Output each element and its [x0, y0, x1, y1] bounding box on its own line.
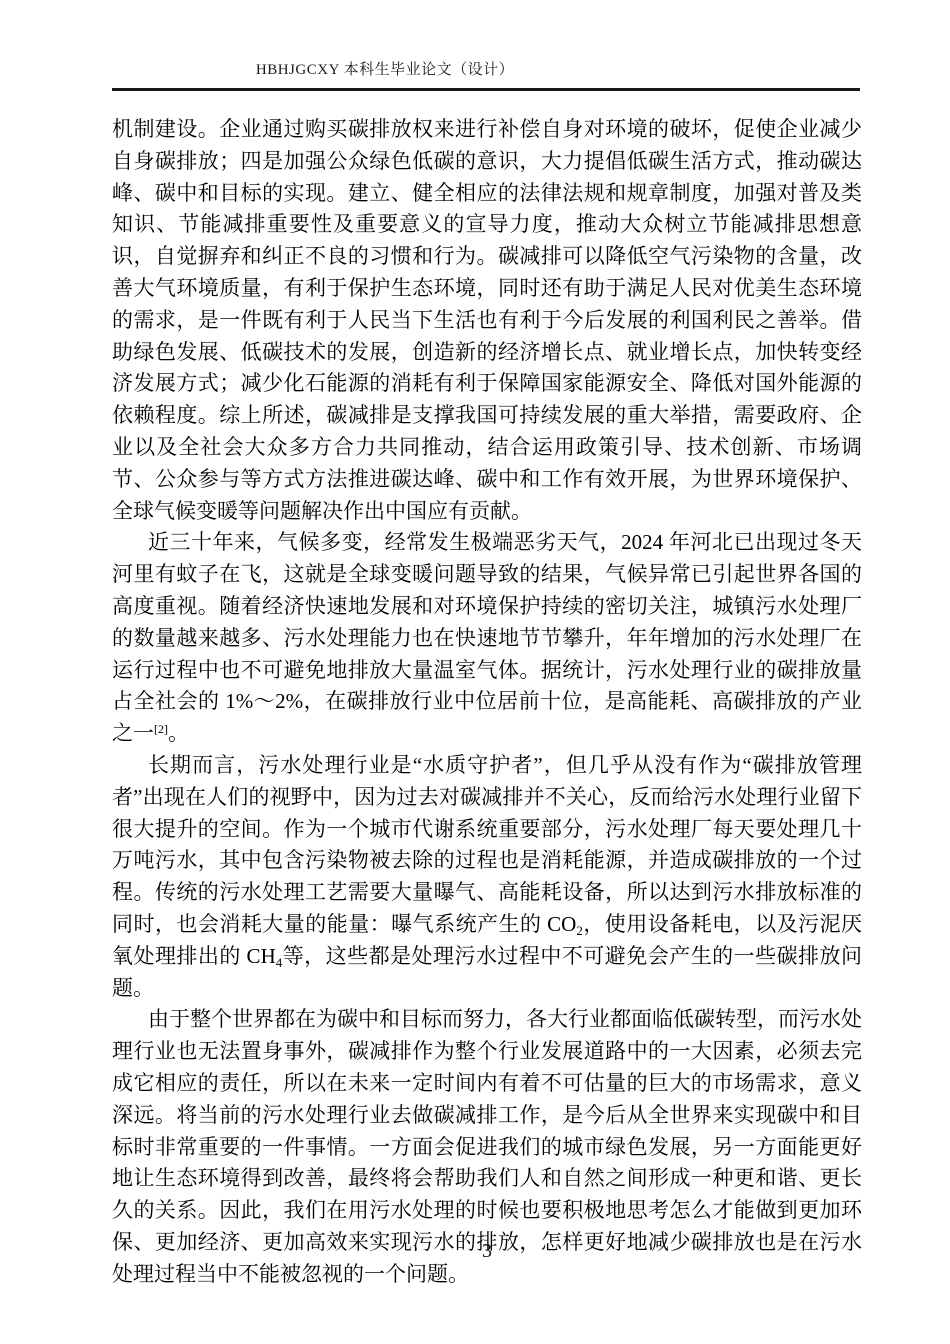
page-number: 3	[482, 1238, 492, 1264]
page-header: HBHJGCXY 本科生毕业论文（设计）	[0, 0, 950, 92]
paragraph: 机制建设。企业通过购买碳排放权来进行补偿自身对环境的破坏，促使企业减少自身碳排放…	[112, 114, 862, 527]
text-run: 机制建设。企业通过购买碳排放权来进行补偿自身对环境的破坏，促使企业减少自身碳排放…	[112, 117, 862, 523]
running-header-title: HBHJGCXY 本科生毕业论文（设计）	[256, 61, 514, 79]
text-run: 。	[168, 721, 189, 745]
text-run: 近三十年来，气候多变，经常发生极端恶劣天气，2024 年河北已出现过冬天河里有蚊…	[112, 530, 862, 745]
document-page: HBHJGCXY 本科生毕业论文（设计） 机制建设。企业通过购买碳排放权来进行补…	[0, 0, 950, 1344]
text-run: 长期而言，污水处理行业是“水质守护者”，但几乎从没有作为“碳排放管理者”出现在人…	[112, 753, 862, 936]
paragraph: 近三十年来，气候多变，经常发生极端恶劣天气，2024 年河北已出现过冬天河里有蚊…	[112, 527, 862, 750]
paragraph: 长期而言，污水处理行业是“水质守护者”，但几乎从没有作为“碳排放管理者”出现在人…	[112, 750, 862, 1004]
citation-ref: [2]	[154, 722, 168, 736]
page-footer: 3	[112, 1238, 862, 1264]
header-rule	[112, 88, 860, 91]
document-body: 机制建设。企业通过购买碳排放权来进行补偿自身对环境的破坏，促使企业减少自身碳排放…	[112, 114, 862, 1290]
